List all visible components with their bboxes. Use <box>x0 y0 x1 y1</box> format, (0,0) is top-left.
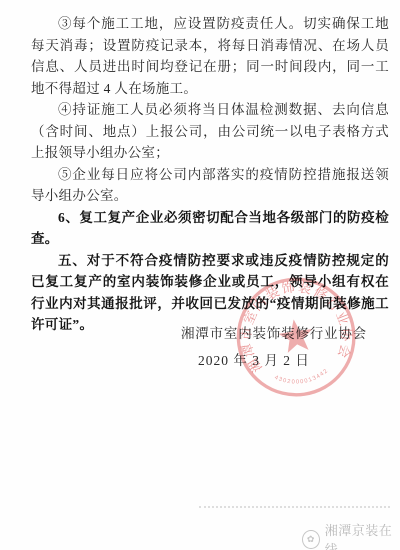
official-seal: 湘潭市室内装饰装修行业协会 4302000013442 <box>225 265 367 407</box>
watermark-logo-icon: ✿ <box>302 530 320 549</box>
seal-code: 4302000013442 <box>273 367 331 389</box>
paragraph-item-6: 6、复工复产企业必须密切配合当地各级部门的防疫检查。 <box>31 207 389 250</box>
paragraph-item-4: ④持证施工人员必须将当日体温检测数据、去向信息（含时间、地点）上报公司，由公司统… <box>31 99 389 164</box>
seal-star-icon <box>277 317 315 354</box>
watermark: ✿ 湘潭京装在线 <box>302 520 400 550</box>
seal-code-container: 4302000013442 <box>273 367 331 389</box>
dotted-divider-line <box>199 506 390 508</box>
paragraph-item-3: ③每个施工工地，应设置防疫责任人。切实确保工地每天消毒；设置防疫记录本，将每日消… <box>31 13 389 99</box>
paragraph-item-5: ⑤企业每日应将公司内部落实的疫情防控措施报送领导小组办公室。 <box>31 164 389 207</box>
watermark-text: 湘潭京装在线 <box>325 520 400 550</box>
document-page: ③每个施工工地，应设置防疫责任人。切实确保工地每天消毒；设置防疫记录本，将每日消… <box>0 0 400 550</box>
